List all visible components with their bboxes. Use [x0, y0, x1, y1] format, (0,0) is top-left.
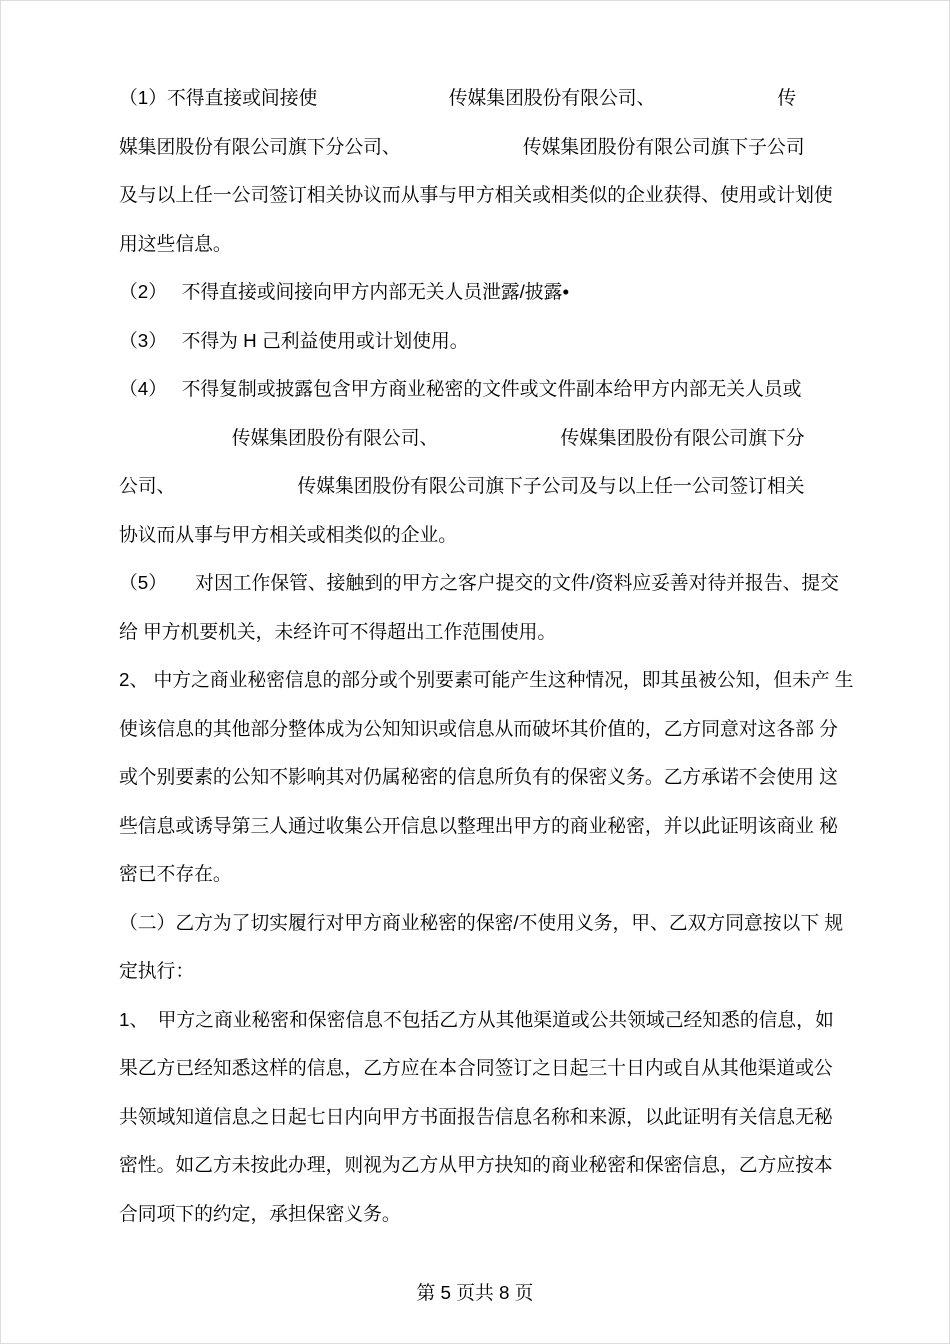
document-line: 共领域知道信息之日起七日内向甲方书面报告信息名称和来源，以此证明有关信息无秘	[119, 1093, 869, 1142]
document-line: 定执行：	[119, 947, 869, 996]
document-line: （2） 不得直接或间接向甲方内部无关人员泄露/披露•	[119, 268, 869, 317]
document-line: 些信息或诱导第三人通过收集公开信息以整理出甲方的商业秘密，并以此证明该商业 秘	[119, 802, 869, 851]
document-line: 给 甲方机要机关，未经许可不得超出工作范围使用。	[119, 608, 869, 657]
document-line: （5） 对因工作保管、接触到的甲方之客户提交的文件/资料应妥善对待并报告、提交	[119, 559, 869, 608]
document-line: 使该信息的其他部分整体成为公知知识或信息从而破坏其价值的，乙方同意对这各部 分	[119, 705, 869, 754]
document-line: （二）乙方为了切实履行对甲方商业秘密的保密/不使用义务，甲、乙双方同意按以下 规	[119, 899, 869, 948]
document-line: 协议而从事与甲方相关或相类似的企业。	[119, 511, 869, 560]
document-line: 及与以上任一公司签订相关协议而从事与甲方相关或相类似的企业获得、使用或计划使	[119, 171, 869, 220]
document-line: （3） 不得为 H 己利益使用或计划使用。	[119, 317, 869, 366]
page-number: 第 5 页共 8 页	[1, 1278, 949, 1305]
document-line: 传媒集团股份有限公司、 传媒集团股份有限公司旗下分	[119, 414, 869, 463]
document-page: （1）不得直接或间接使 传媒集团股份有限公司、 传 媒集团股份有限公司旗下分公司…	[0, 0, 950, 1344]
document-line: 公司、 传媒集团股份有限公司旗下子公司及与以上任一公司签订相关	[119, 462, 869, 511]
document-line: 密性。如乙方未按此办理，则视为乙方从甲方抉知的商业秘密和保密信息，乙方应按本	[119, 1141, 869, 1190]
document-line: 果乙方已经知悉这样的信息，乙方应在本合同签订之日起三十日内或自从其他渠道或公	[119, 1044, 869, 1093]
document-line: 合同项下的约定，承担保密义务。	[119, 1190, 869, 1239]
document-line: 2、 中方之商业秘密信息的部分或个别要素可能产生这种情况，即其虽被公知，但未产 …	[119, 656, 869, 705]
document-line: 1、 甲方之商业秘密和保密信息不包括乙方从其他渠道或公共领域己经知悉的信息，如	[119, 996, 869, 1045]
document-line: 密已不存在。	[119, 850, 869, 899]
document-line: 或个别要素的公知不影响其对仍属秘密的信息所负有的保密义务。乙方承诺不会使用 这	[119, 753, 869, 802]
document-line: （4） 不得复制或披露包含甲方商业秘密的文件或文件副本给甲方内部无关人员或	[119, 365, 869, 414]
document-body: （1）不得直接或间接使 传媒集团股份有限公司、 传 媒集团股份有限公司旗下分公司…	[1, 1, 949, 1238]
document-line: （1）不得直接或间接使 传媒集团股份有限公司、 传	[119, 74, 869, 123]
document-line: 媒集团股份有限公司旗下分公司、 传媒集团股份有限公司旗下子公司	[119, 123, 869, 172]
document-line: 用这些信息。	[119, 220, 869, 269]
